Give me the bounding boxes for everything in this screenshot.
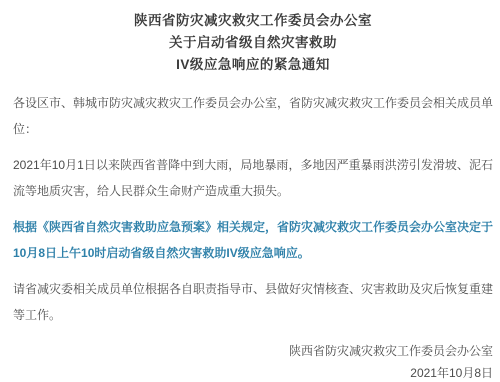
- paragraph-disaster-description: 2021年10月1日以来陕西省普降中到大雨，局地暴雨，多地因严重暴雨洪涝引发滑坡…: [13, 152, 493, 204]
- title-line-3: IV级应急响应的紧急通知: [13, 54, 493, 76]
- title-line-2: 关于启动省级自然灾害救助: [13, 32, 493, 54]
- notice-document: 陕西省防灾减灾救灾工作委员会办公室 关于启动省级自然灾害救助 IV级应急响应的紧…: [0, 0, 500, 382]
- signature-date: 2021年10月8日: [13, 362, 493, 382]
- title-line-1: 陕西省防灾减灾救灾工作委员会办公室: [13, 10, 493, 32]
- paragraph-response-decision: 根据《陕西省自然灾害救助应急预案》相关规定，省防灾减灾救灾工作委员会办公室决定于…: [13, 214, 493, 266]
- document-title: 陕西省防灾减灾救灾工作委员会办公室 关于启动省级自然灾害救助 IV级应急响应的紧…: [13, 10, 493, 76]
- signature-block: 陕西省防灾减灾救灾工作委员会办公室 2021年10月8日: [13, 340, 493, 382]
- salutation: 各设区市、韩城市防灾减灾救灾工作委员会办公室，省防灾减灾救灾工作委员会相关成员单…: [13, 90, 493, 142]
- paragraph-instructions: 请省减灾委相关成员单位根据各自职责指导市、县做好灾情核查、灾害救助及灾后恢复重建…: [13, 276, 493, 328]
- signature-org: 陕西省防灾减灾救灾工作委员会办公室: [13, 340, 493, 362]
